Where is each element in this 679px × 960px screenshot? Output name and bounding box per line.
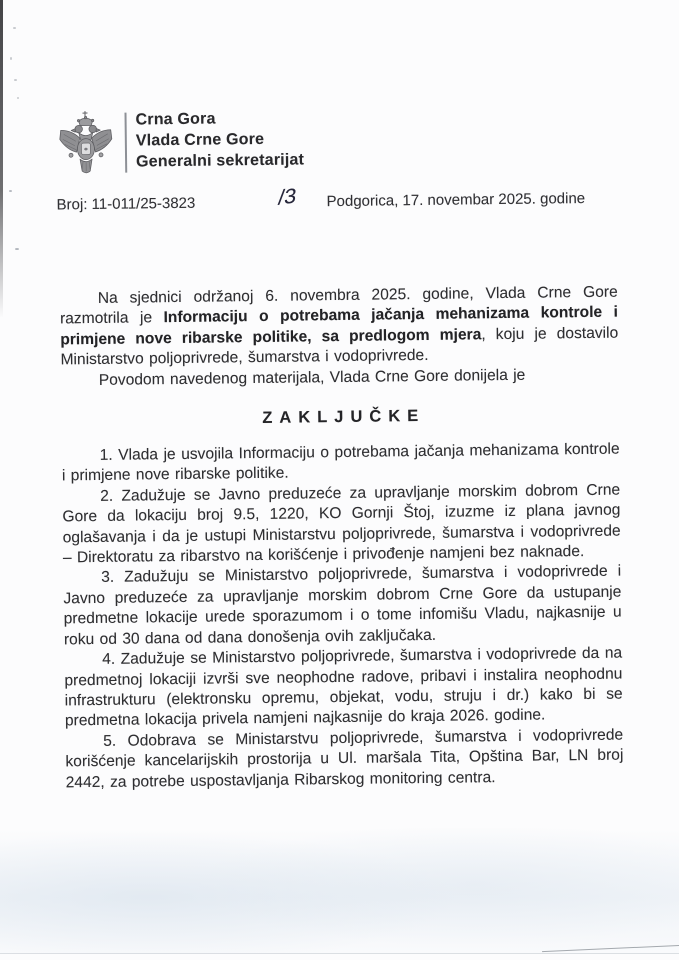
document-content: Crna Gora Vlada Crne Gore Generalni sekr… <box>0 0 679 960</box>
letterhead: Crna Gora Vlada Crne Gore Generalni sekr… <box>55 106 304 179</box>
document-body: Na sjednici održanoj 6. novembra 2025. g… <box>60 283 624 794</box>
conclusion-item-3: 3. Zadužuju se Ministarstvo poljoprivred… <box>63 562 622 650</box>
conclusion-item-2: 2. Zadužuje se Javno preduzeće za upravl… <box>62 480 621 568</box>
conclusion-item-5: 5. Odobrava se Ministarstvu poljoprivred… <box>65 725 624 793</box>
place-and-date: Podgorica, 17. novembar 2025. godine <box>326 190 585 210</box>
meta-row: Broj: 11-011/25-3823 /3 Podgorica, 17. n… <box>56 187 616 220</box>
montenegro-coat-of-arms-icon <box>55 109 116 180</box>
conclusion-item-1: 1. Vlada je usvojila Informaciju o potre… <box>62 440 620 488</box>
letterhead-text: Crna Gora Vlada Crne Gore Generalni sekr… <box>135 106 304 172</box>
country-name: Crna Gora <box>135 107 303 130</box>
document-number: Broj: 11-011/25-3823 <box>57 195 196 214</box>
intro-paragraph: Na sjednici održanoj 6. novembra 2025. g… <box>60 283 619 371</box>
scanned-document-page: Crna Gora Vlada Crne Gore Generalni sekr… <box>0 0 679 960</box>
government-name: Vlada Crne Gore <box>136 128 304 151</box>
conclusion-item-4: 4. Zadužuje se Ministarstvo poljoprivred… <box>64 644 623 732</box>
conclusions-heading: ZAKLJUČKE <box>61 405 619 431</box>
letterhead-divider <box>124 113 127 173</box>
handwritten-number-annotation: /3 <box>277 185 298 211</box>
office-name: Generalni sekretarijat <box>136 149 304 172</box>
